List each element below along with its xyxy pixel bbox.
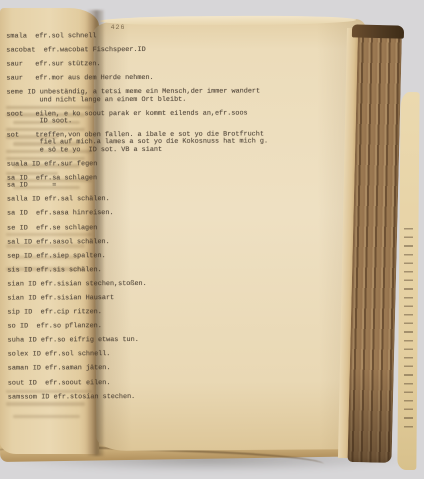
book-block-top-edge xyxy=(352,24,404,38)
dictionary-entry: sa ID = xyxy=(7,182,269,190)
entry-headword: so ID xyxy=(7,323,28,331)
dictionary-entry: sal ID efr.sasol schälen. xyxy=(7,238,269,246)
fore-edge xyxy=(347,32,401,463)
entry-headword: samssom ID xyxy=(8,393,50,401)
entry-gloss: treffen,von oben fallen. a ibale e sot y… xyxy=(35,131,272,155)
entry-headword: sout ID xyxy=(8,379,37,387)
dictionary-entry: sout ID efr.soout eilen. xyxy=(8,379,270,387)
dictionary-entry: samssom ID efr.stosian stechen. xyxy=(8,393,270,401)
entry-headword: solex ID xyxy=(8,351,41,359)
dictionary-entry: sip ID efr.cip ritzen. xyxy=(7,309,269,317)
entry-headword: smala xyxy=(6,32,27,40)
entry-list: smala efr.sol schnellsacobat efr.wacobat… xyxy=(6,32,270,408)
dictionary-entry: sacobat efr.wacobat Fischspeer.ID xyxy=(6,47,268,55)
entry-headword: seme ID xyxy=(6,89,35,97)
entry-headword: sian ID xyxy=(7,294,36,302)
dictionary-entry: suala ID efr.sur fegen xyxy=(7,160,269,168)
dictionary-entry: sot treffen,von oben fallen. a ibale e s… xyxy=(7,132,269,155)
dictionary-entry: seme ID unbeständig, a tetsi meme ein Me… xyxy=(6,89,268,105)
dictionary-entry: salla ID efr.sal schälen. xyxy=(7,196,269,204)
entry-gloss: eilen, e ko soout parak er kommt eilends… xyxy=(35,109,251,125)
entry-gloss: = xyxy=(52,182,56,190)
dictionary-entry: soot eilen, e ko soout parak er kommt ei… xyxy=(7,110,269,126)
dictionary-entry: sis ID efr.sis schälen. xyxy=(7,266,269,274)
dictionary-entry: saur efr.sur stützen. xyxy=(6,61,268,69)
photo-of-open-book: 426 smala efr.sol schnellsacobat efr.wac… xyxy=(0,0,424,479)
entry-headword: sip ID xyxy=(7,309,32,317)
entry-headword: sian ID xyxy=(7,280,36,288)
entry-headword: sot xyxy=(7,132,20,140)
entry-headword: sal ID xyxy=(7,238,32,246)
dictionary-entry: se ID efr.se schlagen xyxy=(7,224,269,232)
entry-headword: sa ID xyxy=(7,182,28,190)
entry-headword: sacobat xyxy=(6,47,35,55)
dictionary-entry: solex ID efr.sol schnell. xyxy=(8,351,270,359)
dictionary-entry: sian ID efr.sisian Hausart xyxy=(7,294,269,302)
entry-headword: suha ID xyxy=(8,337,37,345)
dictionary-entry: sian ID efr.sisian stechen,stoßen. xyxy=(7,280,269,288)
dictionary-entry: suha ID efr.so eifrig etwas tun. xyxy=(8,337,270,345)
entry-headword: sep ID xyxy=(7,252,32,260)
dictionary-entry: sa ID efr.sasa hinreisen. xyxy=(7,210,269,218)
dictionary-entry: so ID efr.so pflanzen. xyxy=(7,323,269,331)
entry-headword: suala ID xyxy=(7,160,40,168)
entry-headword: saur xyxy=(6,61,23,69)
entry-headword: saur xyxy=(6,75,23,83)
entry-headword: sis ID xyxy=(7,266,32,274)
dictionary-entry: saman ID efr.saman jäten. xyxy=(8,365,270,373)
facing-page-text-marks xyxy=(404,228,413,430)
entry-headword: salla ID xyxy=(7,196,40,204)
dictionary-entry: sep ID efr.siep spalten. xyxy=(7,252,269,260)
entry-headword: sa ID xyxy=(7,210,28,218)
entry-headword: soot xyxy=(7,110,24,118)
dictionary-entry: saur efr.mor aus dem Herde nehmen. xyxy=(6,75,268,83)
gutter-shadow xyxy=(86,10,104,456)
entry-headword: se ID xyxy=(7,224,28,232)
entry-headword: saman ID xyxy=(8,365,41,373)
dictionary-entry: smala efr.sol schnell xyxy=(6,32,268,40)
entry-gloss: unbeständig, a tetsi meme ein Mensch,der… xyxy=(39,88,264,104)
